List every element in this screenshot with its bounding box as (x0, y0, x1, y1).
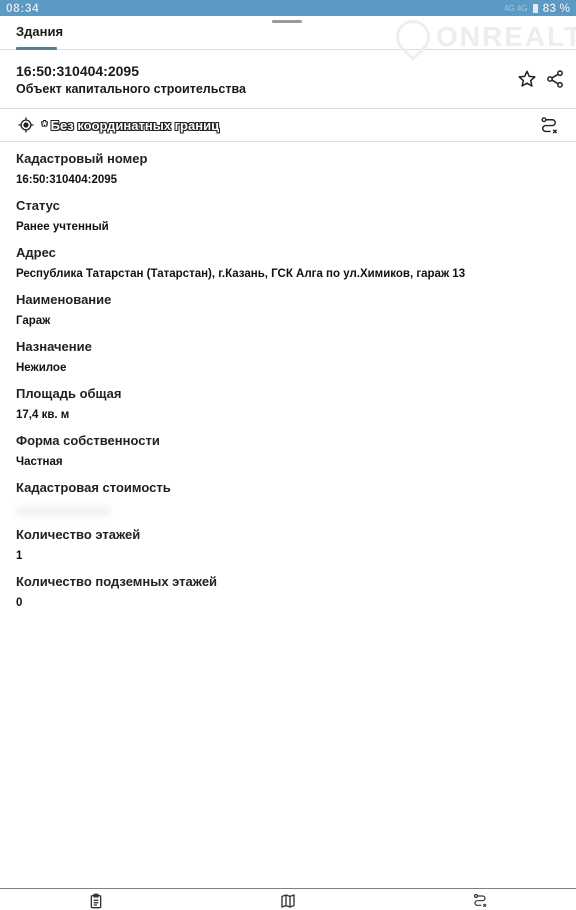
battery-icon (532, 3, 539, 14)
share-button[interactable] (544, 68, 566, 90)
property-value: Ранее учтенный (16, 219, 561, 235)
property-ownership: Форма собственности Частная (16, 432, 561, 479)
property-name: Наименование Гараж (16, 291, 561, 338)
route-icon (539, 116, 559, 136)
property-label: Назначение (16, 338, 561, 355)
coordinates-row: * Без координатных границ (0, 110, 576, 142)
bottom-navigation (0, 888, 576, 910)
nav-route[interactable] (471, 893, 489, 910)
property-cadastral-number: Кадастровый номер 16:50:310404:2095 (16, 150, 561, 197)
property-label: Кадастровый номер (16, 150, 561, 167)
route-button[interactable] (538, 115, 560, 137)
coordinates-status: * Без координатных границ (42, 118, 219, 133)
status-time: 08:34 (6, 1, 39, 15)
property-purpose: Назначение Нежилое (16, 338, 561, 385)
signal-icon: 4G 4G (504, 4, 528, 13)
battery-level: 83 % (543, 1, 570, 15)
property-label: Площадь общая (16, 385, 561, 402)
property-label: Наименование (16, 291, 561, 308)
property-value: 17,4 кв. м (16, 407, 561, 423)
property-value-hidden (16, 506, 111, 516)
favorite-button[interactable] (516, 68, 538, 90)
nav-map[interactable] (279, 893, 297, 910)
star-icon (517, 69, 537, 89)
object-type: Объект капитального строительства (16, 82, 246, 96)
property-value: Нежилое (16, 360, 561, 376)
locate-icon (17, 116, 35, 134)
locate-button[interactable] (17, 116, 35, 139)
property-underground-floors: Количество подземных этажей 0 (16, 573, 561, 620)
object-header: 16:50:310404:2095 Объект капитального ст… (0, 50, 576, 109)
property-value: Частная (16, 454, 561, 470)
property-floors: Количество этажей 1 (16, 526, 561, 573)
clipboard-icon (88, 893, 104, 909)
share-icon (545, 69, 565, 89)
tab-buildings[interactable]: Здания (16, 24, 63, 39)
property-value: 1 (16, 548, 561, 564)
property-label: Количество этажей (16, 526, 561, 543)
property-label: Количество подземных этажей (16, 573, 561, 590)
property-value: 16:50:310404:2095 (16, 172, 561, 188)
status-indicators: 4G 4G 83 % (504, 1, 570, 15)
route-icon (472, 893, 488, 909)
property-address: Адрес Республика Татарстан (Татарстан), … (16, 244, 561, 291)
property-cadastral-value: Кадастровая стоимость (16, 479, 561, 526)
map-icon (280, 893, 296, 909)
page-title: 16:50:310404:2095 (16, 63, 139, 79)
status-bar: 08:34 4G 4G 83 % (0, 0, 576, 16)
property-label: Статус (16, 197, 561, 214)
property-list: Кадастровый номер 16:50:310404:2095 Стат… (16, 150, 561, 620)
property-value: Республика Татарстан (Татарстан), г.Каза… (16, 266, 561, 282)
property-status: Статус Ранее учтенный (16, 197, 561, 244)
property-label: Форма собственности (16, 432, 561, 449)
property-value: 0 (16, 595, 561, 611)
property-value: Гараж (16, 313, 561, 329)
tab-bar: Здания (0, 16, 576, 50)
property-area: Площадь общая 17,4 кв. м (16, 385, 561, 432)
property-label: Кадастровая стоимость (16, 479, 561, 496)
nav-details[interactable] (87, 893, 105, 910)
property-label: Адрес (16, 244, 561, 261)
